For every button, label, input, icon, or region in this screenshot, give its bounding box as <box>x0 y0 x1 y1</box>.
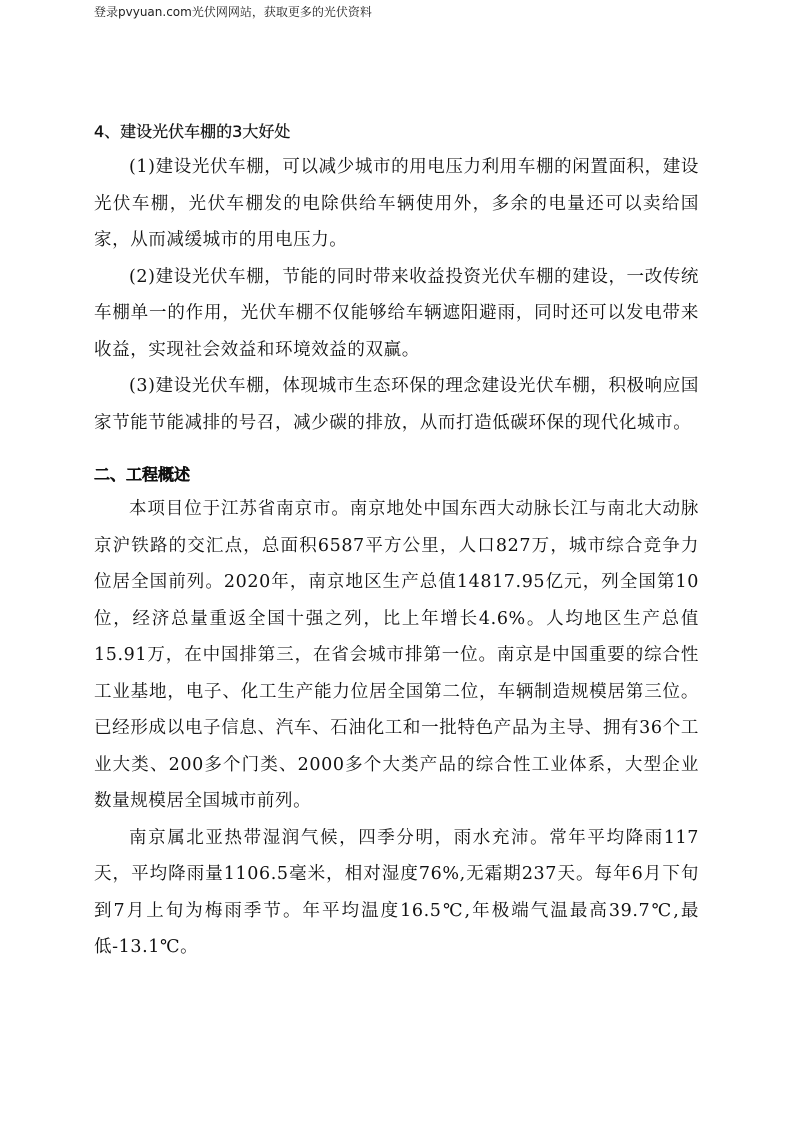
paragraph-benefit-3: (3)建设光伏车棚，体现城市生态环保的理念建设光伏车棚，积极响应国家节能节能减排… <box>94 368 699 441</box>
section-benefits: 4、建设光伏车棚的3大好处 (1)建设光伏车棚，可以减少城市的用电压力利用车棚的… <box>94 120 699 441</box>
section-project-overview: 二、工程概述 本项目位于江苏省南京市。南京地处中国东西大动脉长江与南北大动脉京沪… <box>94 463 699 966</box>
watermark-link[interactable]: 登录pvyuan.com光伏网网站，获取更多的光伏资料 <box>94 3 372 20</box>
section-heading-benefits: 4、建设光伏车棚的3大好处 <box>94 120 699 144</box>
paragraph-benefit-1: (1)建设光伏车棚，可以减少城市的用电压力利用车棚的闲置面积，建设光伏车棚，光伏… <box>94 149 699 259</box>
paragraph-overview-climate: 南京属北亚热带湿润气候，四季分明，雨水充沛。常年平均降雨117天，平均降雨量11… <box>94 820 699 966</box>
section-heading-overview: 二、工程概述 <box>94 463 699 487</box>
paragraph-benefit-2: (2)建设光伏车棚，节能的同时带来收益投资光伏车棚的建设，一改传统车棚单一的作用… <box>94 259 699 369</box>
document-page: 4、建设光伏车棚的3大好处 (1)建设光伏车棚，可以减少城市的用电压力利用车棚的… <box>94 120 699 966</box>
paragraph-overview-location: 本项目位于江苏省南京市。南京地处中国东西大动脉长江与南北大动脉京沪铁路的交汇点，… <box>94 491 699 820</box>
